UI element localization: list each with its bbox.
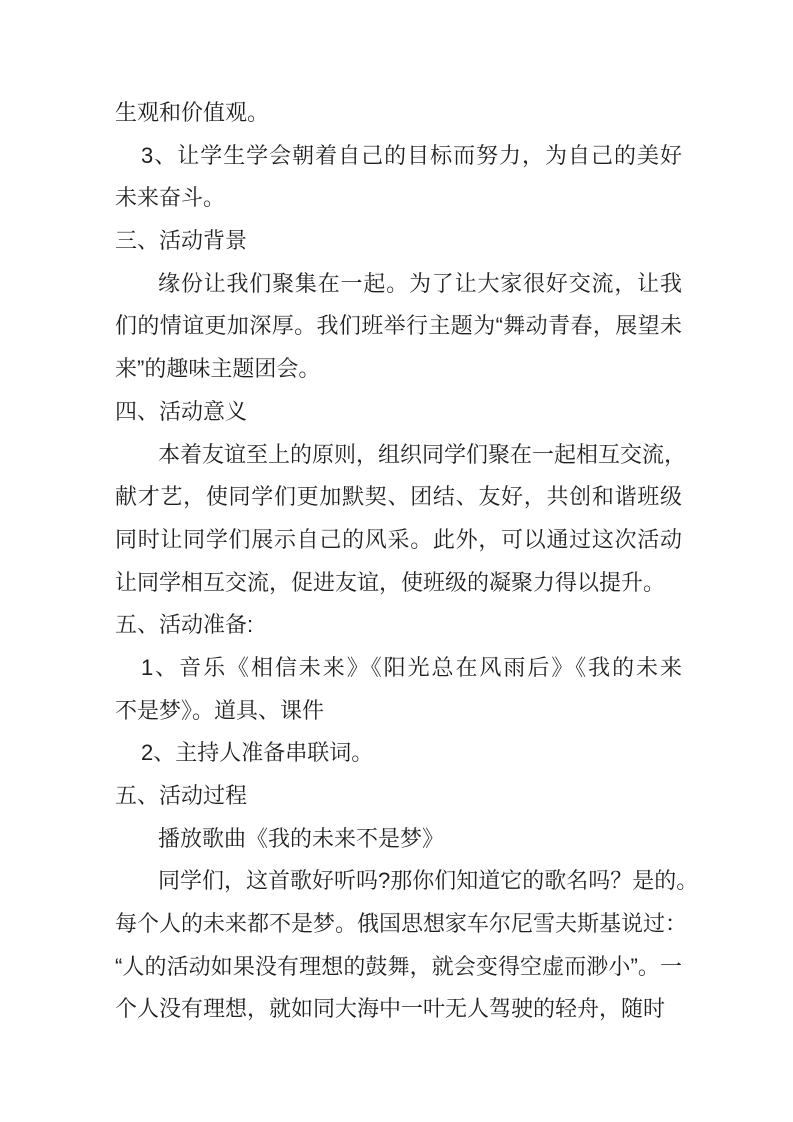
text-line: 1、音乐《相信未来》《阳光总在风雨后》《我的未来 (115, 647, 682, 690)
section-heading: 四、活动意义 (115, 391, 682, 434)
text-line: 个人没有理想，就如同大海中一叶无人驾驶的轻舟，随时 (115, 988, 682, 1031)
section-heading: 五、活动准备: (115, 604, 682, 647)
text-line: 2、主持人准备串联词。 (115, 732, 682, 775)
text-line: 本着友谊至上的原则，组织同学们聚在一起相互交流， (115, 434, 682, 477)
text-line: 不是梦》。道具、课件 (115, 690, 682, 733)
text-line: 播放歌曲《我的未来不是梦》 (115, 818, 682, 861)
text-line: 同时让同学们展示自己的风采。此外，可以通过这次活动 (115, 519, 682, 562)
text-line: 来”的趣味主题团会。 (115, 348, 682, 391)
text-line: 献才艺，使同学们更加默契、团结、友好，共创和谐班级 (115, 476, 682, 519)
section-heading: 三、活动背景 (115, 220, 682, 263)
text-line: 生观和价值观。 (115, 92, 682, 135)
document-page: 生观和价值观。 3、让学生学会朝着自己的目标而努力，为自己的美好 未来奋斗。 三… (0, 0, 793, 1122)
text-line: 每个人的未来都不是梦。俄国思想家车尔尼雪夫斯基说过： (115, 903, 682, 946)
section-heading: 五、活动过程 (115, 775, 682, 818)
text-line: “人的活动如果没有理想的鼓舞，就会变得空虚而渺小”。一 (115, 946, 682, 989)
text-line: 未来奋斗。 (115, 177, 682, 220)
text-line: 3、让学生学会朝着自己的目标而努力，为自己的美好 (115, 135, 682, 178)
text-line: 同学们，这首歌好听吗?那你们知道它的歌名吗？是的。 (115, 860, 682, 903)
text-line: 缘份让我们聚集在一起。为了让大家很好交流，让我 (115, 263, 682, 306)
text-line: 让同学相互交流，促进友谊，使班级的凝聚力得以提升。 (115, 562, 682, 605)
text-line: 们的情谊更加深厚。我们班举行主题为“舞动青春，展望未 (115, 305, 682, 348)
